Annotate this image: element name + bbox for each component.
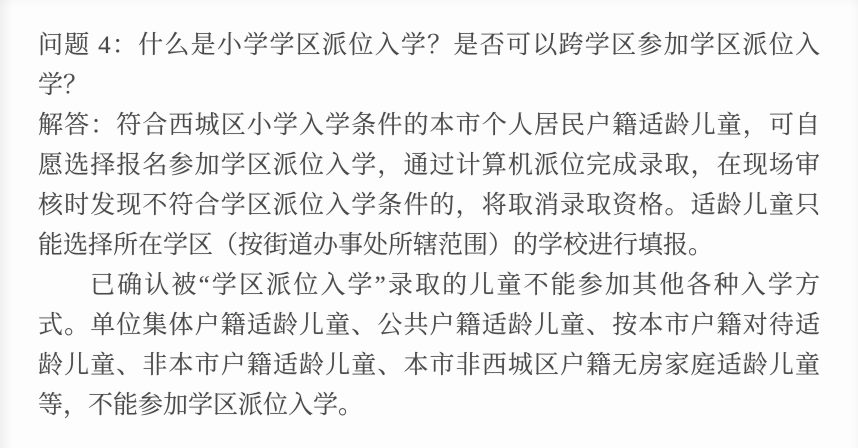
text-line: 问题 4：什么是小学学区派位入学？是否可以跨学区参加学区派位入 bbox=[38, 26, 820, 66]
text-line: 已确认被“学区派位入学”录取的儿童不能参加其他各种入学方 bbox=[38, 266, 820, 306]
text-line: 愿选择报名参加学区派位入学，通过计算机派位完成录取，在现场审 bbox=[38, 146, 820, 186]
text-line: 核时发现不符合学区派位入学条件的，将取消录取资格。适龄儿童只 bbox=[38, 186, 820, 226]
text-line: 学？ bbox=[38, 66, 820, 106]
text-line: 能选择所在学区（按街道办事处所辖范围）的学校进行填报。 bbox=[38, 226, 820, 266]
document-text: 问题 4：什么是小学学区派位入学？是否可以跨学区参加学区派位入 学？ 解答：符合… bbox=[38, 26, 820, 426]
text-line: 式。单位集体户籍适龄儿童、公共户籍适龄儿童、按本市户籍对待适 bbox=[38, 306, 820, 346]
text-line: 等，不能参加学区派位入学。 bbox=[38, 386, 820, 426]
text-line: 龄儿童、非本市户籍适龄儿童、本市非西城区户籍无房家庭适龄儿童 bbox=[38, 346, 820, 386]
text-line: 解答：符合西城区小学入学条件的本市个人居民户籍适龄儿童，可自 bbox=[38, 106, 820, 146]
document-page: 问题 4：什么是小学学区派位入学？是否可以跨学区参加学区派位入 学？ 解答：符合… bbox=[0, 0, 858, 448]
